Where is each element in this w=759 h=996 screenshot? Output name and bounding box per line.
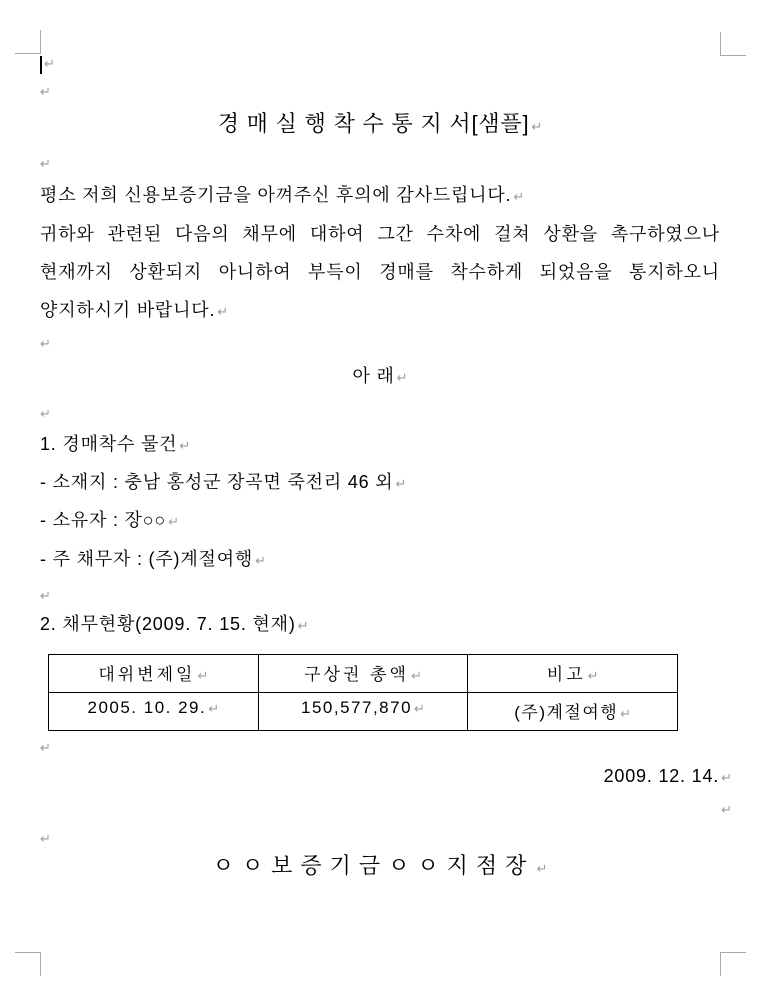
section2-title-line[interactable]: 2. 채무현황(2009. 7. 15. 현재)↵ [40,614,309,636]
paragraph-mark-icon: ↵ [414,701,425,716]
below-heading: 아 래 [352,366,394,386]
paragraph-mark-icon: ↵ [620,706,631,721]
table-header-cell[interactable]: 구상권 총액↵ [258,655,468,693]
document-title-line[interactable]: 경 매 실 행 착 수 통 지 서[샘플]↵ [40,110,720,141]
item-debtor: - 주 채무자 : (주)계절여행 [40,549,253,569]
cell-subrogation-date[interactable]: 2005. 10. 29.↵ [49,693,259,731]
paragraph-mark-icon: ↵ [397,370,408,385]
item-owner-line[interactable]: - 소유자 : 장○○↵ [40,510,179,532]
paragraph-mark-icon: ↵ [536,861,547,876]
paragraph-mark-icon: ↵ [40,803,732,817]
crop-mark-bottom-left-icon [15,952,41,976]
signature-line[interactable]: ㅇㅇ보증기금ㅇㅇ지점장↵ [40,852,720,883]
crop-mark-top-right-icon [720,32,746,56]
paragraph-mark-icon: ↵ [721,770,732,785]
body-line-2[interactable]: 귀하와 관련된 다음의 채무에 대하여 그간 수차에 걸쳐 상환을 촉구하였으나 [40,224,720,244]
paragraph-mark-icon: ↵ [411,668,422,683]
claim-total-value: 150,577,870 [301,698,412,717]
body-line-4[interactable]: 양지하시기 바랍니다.↵ [40,300,228,322]
header-claim-total: 구상권 총액 [304,665,409,684]
header-remarks: 비고 [547,665,586,684]
paragraph-mark-icon: ↵ [179,438,190,453]
paragraph-mark-icon: ↵ [298,618,309,633]
remarks-value: (주)계절여행 [514,703,618,722]
paragraph-mark-icon: ↵ [395,476,406,491]
cell-remarks[interactable]: (주)계절여행↵ [468,693,678,731]
issue-date: 2009. 12. 14. [604,766,720,786]
signature-text: ㅇㅇ보증기금ㅇㅇ지점장 [213,853,535,878]
greeting-text: 평소 저희 신용보증기금을 아껴주신 후의에 감사드립니다. [40,185,511,205]
table-row: 2005. 10. 29.↵ 150,577,870↵ (주)계절여행↵ [49,693,678,731]
table-header-cell[interactable]: 대위변제일↵ [49,655,259,693]
paragraph-mark-icon: ↵ [40,741,51,755]
paragraph-mark-icon: ↵ [40,157,51,171]
paragraph-mark-icon: ↵ [255,553,266,568]
paragraph-mark-icon: ↵ [588,668,599,683]
item-location: - 소재지 : 충남 홍성군 장곡면 죽전리 46 외 [40,472,393,492]
section1-title: 1. 경매착수 물건 [40,434,177,454]
document-page[interactable]: ↵ ↵ 경 매 실 행 착 수 통 지 서[샘플]↵ ↵ 평소 저희 신용보증기… [0,0,759,996]
paragraph-mark-icon: ↵ [40,337,51,351]
paragraph-mark-icon: ↵ [44,56,55,72]
paragraph-mark-icon: ↵ [513,189,524,204]
paragraph-mark-icon: ↵ [40,589,51,603]
crop-mark-top-left-icon [15,30,41,54]
table-header-cell[interactable]: 비고↵ [468,655,678,693]
table-header-row: 대위변제일↵ 구상권 총액↵ 비고↵ [49,655,678,693]
caret-line[interactable]: ↵ [40,56,55,74]
paragraph-mark-icon: ↵ [197,668,208,683]
header-subrogation-date: 대위변제일 [98,665,195,684]
item-owner: - 소유자 : 장○○ [40,510,166,530]
document-title: 경 매 실 행 착 수 통 지 서[샘플] [218,111,530,136]
item-location-line[interactable]: - 소재지 : 충남 홍성군 장곡면 죽전리 46 외↵ [40,472,406,494]
paragraph-mark-icon: ↵ [208,701,219,716]
body-line-4-text: 양지하시기 바랍니다. [40,300,215,320]
greeting-line[interactable]: 평소 저희 신용보증기금을 아껴주신 후의에 감사드립니다.↵ [40,185,524,207]
paragraph-mark-icon: ↵ [217,304,228,319]
section1-title-line[interactable]: 1. 경매착수 물건↵ [40,434,190,456]
subrogation-date-value: 2005. 10. 29. [87,698,206,717]
paragraph-mark-icon: ↵ [168,514,179,529]
paragraph-mark-icon: ↵ [531,119,542,134]
issue-date-line[interactable]: 2009. 12. 14.↵ [40,766,732,788]
crop-mark-bottom-right-icon [720,952,746,976]
paragraph-mark-icon: ↵ [40,407,51,421]
section2-title: 2. 채무현황(2009. 7. 15. 현재) [40,614,296,634]
cell-claim-total[interactable]: 150,577,870↵ [258,693,468,731]
paragraph-mark-icon: ↵ [40,85,51,99]
text-cursor [40,56,42,74]
debt-status-table[interactable]: 대위변제일↵ 구상권 총액↵ 비고↵ 2005. 10. 29.↵ 150,57… [48,654,678,731]
below-heading-line[interactable]: 아 래↵ [40,366,720,388]
body-line-3[interactable]: 현재까지 상환되지 아니하여 부득이 경매를 착수하게 되었음을 통지하오니 [40,262,720,282]
paragraph-mark-icon: ↵ [40,832,51,846]
item-debtor-line[interactable]: - 주 채무자 : (주)계절여행↵ [40,549,266,571]
